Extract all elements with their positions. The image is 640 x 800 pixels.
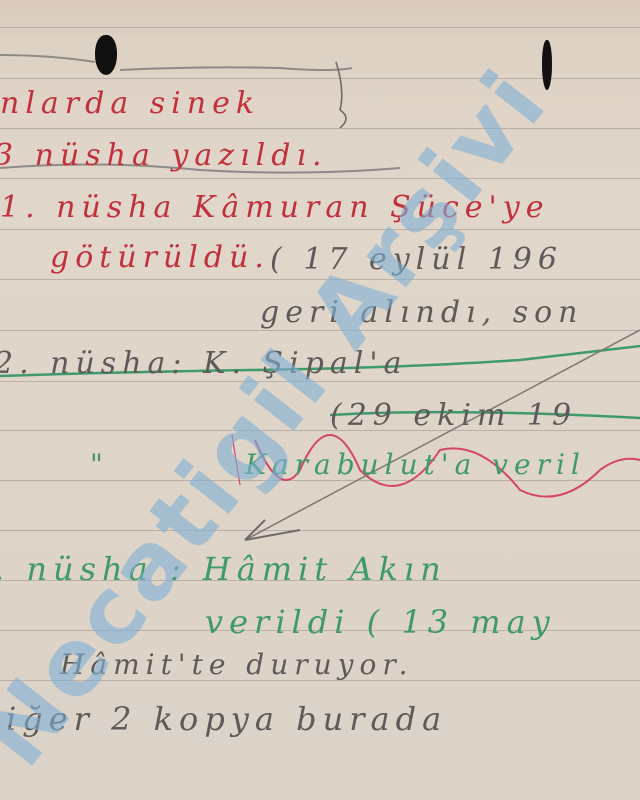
handwritten-line: verildi ( 13 may <box>205 603 556 641</box>
notebook-page: nlarda sinek 3 nüsha yazıldı. 1. nüsha K… <box>0 0 640 800</box>
handwritten-line: 3 nüsha yazıldı. <box>0 138 328 173</box>
handwritten-line-struck: (29 ekim 19 <box>330 398 577 433</box>
handwritten-line: nlarda sinek <box>0 86 260 121</box>
handwritten-line: götürüldü. <box>50 240 270 275</box>
ditto-mark: " <box>90 448 109 481</box>
